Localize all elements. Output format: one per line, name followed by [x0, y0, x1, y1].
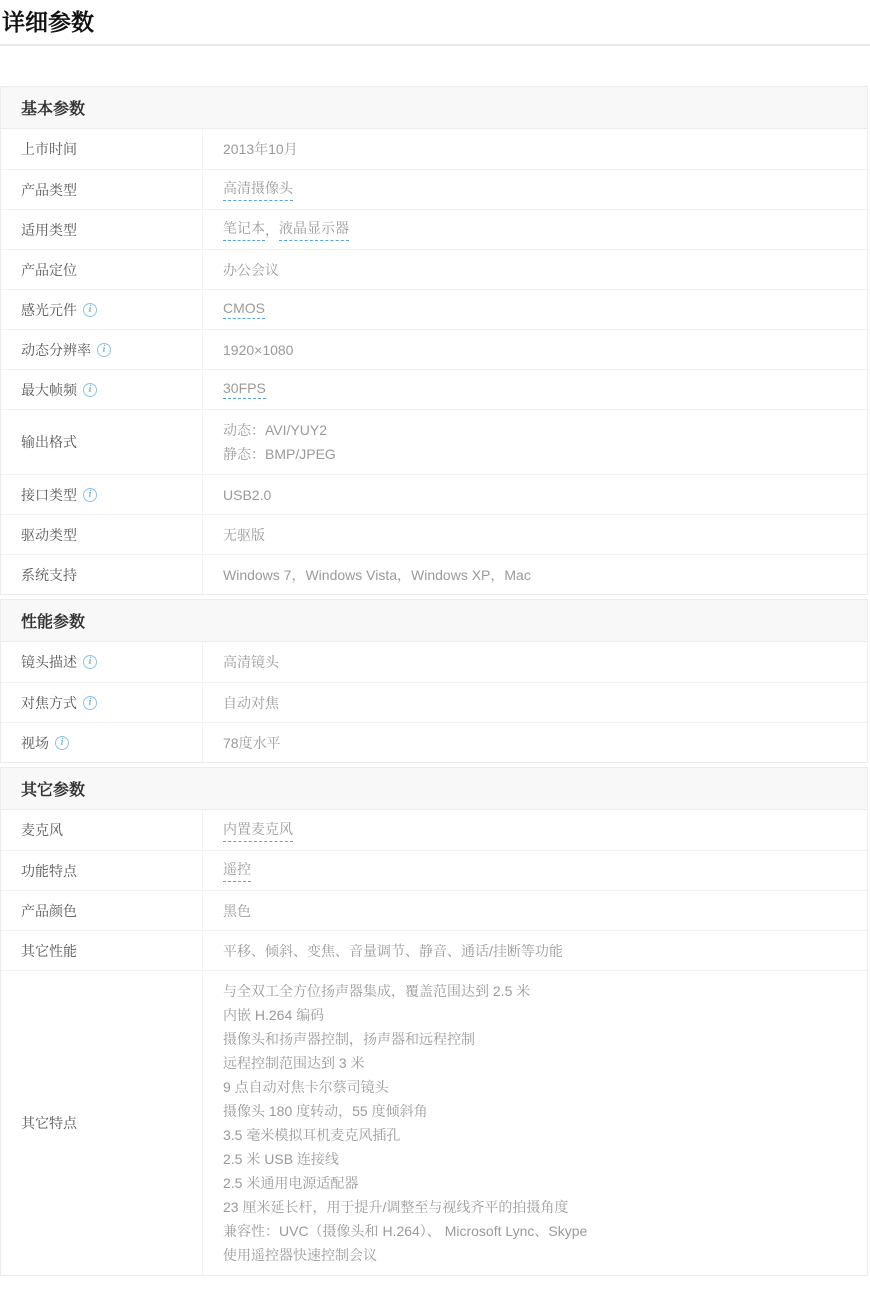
row-label: 产品类型 [1, 170, 203, 209]
section-header: 其它参数 [1, 768, 867, 810]
value-text: 黑色 [223, 901, 251, 921]
table-row: 麦克风 内置麦克风 [1, 810, 867, 850]
info-icon[interactable]: i [55, 736, 69, 750]
info-icon-glyph: i [103, 345, 106, 355]
table-row: 功能特点 遥控 [1, 850, 867, 890]
row-label-text: 适用类型 [21, 220, 77, 240]
value-line: 静态：BMP/JPEG [223, 442, 857, 466]
info-icon[interactable]: i [83, 488, 97, 502]
info-icon[interactable]: i [83, 655, 97, 669]
spec-table: 基本参数 上市时间 2013年10月 产品类型 高清摄像头 适用类型 笔记本，液… [0, 86, 868, 1276]
value-line: 2.5 米通用电源适配器 [223, 1171, 857, 1195]
table-row: 感光元件 i CMOS [1, 289, 867, 329]
row-label-text: 系统支持 [21, 565, 77, 585]
section-header: 性能参数 [1, 600, 867, 642]
row-value: 动态：AVI/YUY2静态：BMP/JPEG [203, 410, 867, 474]
value-line: 兼容性：UVC（摄像头和 H.264）、 Microsoft Lync、Skyp… [223, 1219, 857, 1243]
row-label-text: 产品颜色 [21, 901, 77, 921]
table-row: 视场 i 78度水平 [1, 722, 867, 762]
row-label-text: 接口类型 [21, 485, 77, 505]
row-value: 黑色 [203, 891, 867, 930]
page-title: 详细参数 [2, 7, 870, 37]
row-value: 笔记本，液晶显示器 [203, 210, 867, 249]
row-label-text: 驱动类型 [21, 525, 77, 545]
row-label: 麦克风 [1, 810, 203, 850]
table-row: 其它性能 平移、倾斜、变焦、音量调节、静音、通话/挂断等功能 [1, 930, 867, 970]
row-label-text: 其它特点 [21, 1113, 77, 1133]
section-title: 基本参数 [21, 96, 85, 119]
row-label: 其它性能 [1, 931, 203, 970]
row-label: 系统支持 [1, 555, 203, 594]
row-value: 1920×1080 [203, 330, 867, 369]
section-title: 性能参数 [21, 609, 85, 632]
row-label: 适用类型 [1, 210, 203, 249]
info-icon-glyph: i [89, 490, 92, 500]
spec-section: 其它参数 麦克风 内置麦克风 功能特点 遥控 产品颜色 黑色 其它性能 平移、倾… [0, 767, 868, 1276]
row-label-text: 动态分辨率 [21, 340, 91, 360]
row-value: 与全双工全方位扬声器集成，覆盖范围达到 2.5 米内嵌 H.264 编码摄像头和… [203, 971, 867, 1275]
table-row: 适用类型 笔记本，液晶显示器 [1, 209, 867, 249]
table-row: 产品类型 高清摄像头 [1, 169, 867, 209]
row-label-text: 产品类型 [21, 180, 77, 200]
row-label: 产品定位 [1, 250, 203, 289]
table-row: 产品定位 办公会议 [1, 249, 867, 289]
table-row: 上市时间 2013年10月 [1, 129, 867, 169]
value-line: 3.5 毫米模拟耳机麦克风插孔 [223, 1123, 857, 1147]
row-value: 办公会议 [203, 250, 867, 289]
row-value: 内置麦克风 [203, 810, 867, 850]
spec-section: 性能参数 镜头描述 i 高清镜头 对焦方式 i 自动对焦 视场 i 78度水平 [0, 599, 868, 763]
row-label: 感光元件 i [1, 290, 203, 329]
info-icon-glyph: i [89, 385, 92, 395]
row-label-text: 输出格式 [21, 432, 77, 452]
value-line: 与全双工全方位扬声器集成，覆盖范围达到 2.5 米 [223, 979, 857, 1003]
row-value: 自动对焦 [203, 683, 867, 722]
table-row: 产品颜色 黑色 [1, 890, 867, 930]
spec-section: 基本参数 上市时间 2013年10月 产品类型 高清摄像头 适用类型 笔记本，液… [0, 86, 868, 595]
row-value: CMOS [203, 290, 867, 329]
row-label-text: 其它性能 [21, 941, 77, 961]
value-line: 内嵌 H.264 编码 [223, 1003, 857, 1027]
value-text: 2013年10月 [223, 139, 298, 159]
section-rows: 上市时间 2013年10月 产品类型 高清摄像头 适用类型 笔记本，液晶显示器 … [1, 129, 867, 594]
info-icon-glyph: i [89, 657, 92, 667]
value-link[interactable]: CMOS [223, 300, 265, 319]
value-line: 9 点自动对焦卡尔蔡司镜头 [223, 1075, 857, 1099]
row-label: 驱动类型 [1, 515, 203, 554]
value-line: 23 厘米延长杆，用于提升/调整至与视线齐平的拍摄角度 [223, 1195, 857, 1219]
table-row: 镜头描述 i 高清镜头 [1, 642, 867, 682]
value-text: 自动对焦 [223, 693, 279, 713]
value-text: USB2.0 [223, 487, 271, 503]
value-line: 摄像头 180 度转动，55 度倾斜角 [223, 1099, 857, 1123]
table-row: 动态分辨率 i 1920×1080 [1, 329, 867, 369]
row-label: 对焦方式 i [1, 683, 203, 722]
row-label-text: 镜头描述 [21, 652, 77, 672]
value-link[interactable]: 高清摄像头 [223, 178, 293, 201]
row-label: 接口类型 i [1, 475, 203, 514]
section-rows: 镜头描述 i 高清镜头 对焦方式 i 自动对焦 视场 i 78度水平 [1, 642, 867, 762]
row-label: 镜头描述 i [1, 642, 203, 682]
value-link[interactable]: 内置麦克风 [223, 819, 293, 842]
info-icon-glyph: i [89, 305, 92, 315]
row-value: 高清镜头 [203, 642, 867, 682]
value-text: 办公会议 [223, 260, 279, 280]
row-label: 产品颜色 [1, 891, 203, 930]
value-text: Windows 7，Windows Vista，Windows XP，Mac [223, 565, 531, 585]
row-label-text: 视场 [21, 733, 49, 753]
row-value: 78度水平 [203, 723, 867, 762]
row-label-text: 功能特点 [21, 861, 77, 881]
row-label: 输出格式 [1, 410, 203, 474]
row-value: 30FPS [203, 370, 867, 409]
info-icon[interactable]: i [83, 303, 97, 317]
table-row: 系统支持 Windows 7，Windows Vista，Windows XP，… [1, 554, 867, 594]
value-text: 平移、倾斜、变焦、音量调节、静音、通话/挂断等功能 [223, 941, 563, 961]
section-header: 基本参数 [1, 87, 867, 129]
info-icon[interactable]: i [97, 343, 111, 357]
row-label: 上市时间 [1, 129, 203, 169]
value-text: 1920×1080 [223, 342, 293, 358]
value-link[interactable]: 液晶显示器 [279, 218, 349, 241]
value-line: 2.5 米 USB 连接线 [223, 1147, 857, 1171]
value-text: 78度水平 [223, 733, 281, 753]
value-line: 远程控制范围达到 3 米 [223, 1051, 857, 1075]
value-link[interactable]: 笔记本 [223, 218, 265, 241]
value-text: 无驱版 [223, 525, 265, 545]
value-text: ， [265, 220, 279, 240]
value-text: 高清镜头 [223, 652, 279, 672]
table-row: 最大帧频 i 30FPS [1, 369, 867, 409]
value-line: 使用遥控器快速控制会议 [223, 1243, 857, 1267]
row-value: 高清摄像头 [203, 170, 867, 209]
row-label-text: 对焦方式 [21, 693, 77, 713]
row-label-text: 最大帧频 [21, 380, 77, 400]
value-line: 摄像头和扬声器控制，扬声器和远程控制 [223, 1027, 857, 1051]
table-row: 其它特点 与全双工全方位扬声器集成，覆盖范围达到 2.5 米内嵌 H.264 编… [1, 970, 867, 1275]
row-label: 视场 i [1, 723, 203, 762]
row-value: 遥控 [203, 851, 867, 890]
title-divider [0, 44, 870, 46]
table-row: 驱动类型 无驱版 [1, 514, 867, 554]
table-row: 对焦方式 i 自动对焦 [1, 682, 867, 722]
row-label-text: 上市时间 [21, 139, 77, 159]
row-value: 平移、倾斜、变焦、音量调节、静音、通话/挂断等功能 [203, 931, 867, 970]
row-label: 最大帧频 i [1, 370, 203, 409]
table-row: 输出格式 动态：AVI/YUY2静态：BMP/JPEG [1, 409, 867, 474]
row-value: USB2.0 [203, 475, 867, 514]
info-icon[interactable]: i [83, 383, 97, 397]
row-label-text: 产品定位 [21, 260, 77, 280]
page-header: 详细参数 [0, 0, 870, 37]
row-label: 其它特点 [1, 971, 203, 1275]
table-row: 接口类型 i USB2.0 [1, 474, 867, 514]
section-title: 其它参数 [21, 777, 85, 800]
info-icon[interactable]: i [83, 696, 97, 710]
row-value: 2013年10月 [203, 129, 867, 169]
row-label-text: 感光元件 [21, 300, 77, 320]
info-icon-glyph: i [61, 738, 64, 748]
row-value: 无驱版 [203, 515, 867, 554]
value-link[interactable]: 30FPS [223, 380, 266, 399]
row-label-text: 麦克风 [21, 820, 63, 840]
value-link[interactable]: 遥控 [223, 859, 251, 882]
row-label: 动态分辨率 i [1, 330, 203, 369]
info-icon-glyph: i [89, 698, 92, 708]
value-line: 动态：AVI/YUY2 [223, 418, 857, 442]
section-rows: 麦克风 内置麦克风 功能特点 遥控 产品颜色 黑色 其它性能 平移、倾斜、变焦、… [1, 810, 867, 1275]
row-value: Windows 7，Windows Vista，Windows XP，Mac [203, 555, 867, 594]
row-label: 功能特点 [1, 851, 203, 890]
